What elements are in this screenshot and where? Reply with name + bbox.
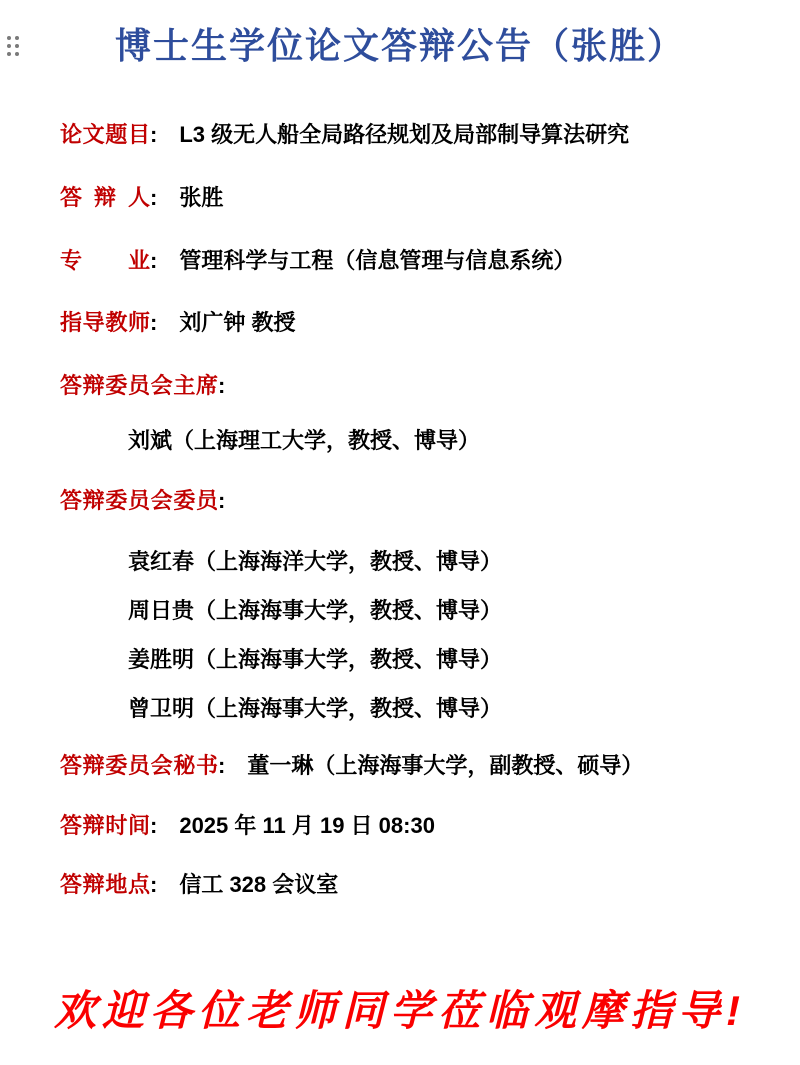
defense-location-value: 信工 328 会议室 — [179, 870, 338, 900]
defender-value: 张胜 — [179, 183, 223, 213]
welcome-banner: 欢迎各位老师同学莅临观摩指导! — [0, 982, 800, 1040]
colon: : — [150, 120, 157, 150]
committee-chair-name: 刘斌（上海理工大学，教授、博导） — [128, 426, 480, 456]
colon: : — [218, 486, 225, 516]
member-value: 姜胜明（上海海事大学，教授、博导） — [128, 647, 502, 672]
colon: : — [150, 811, 157, 841]
committee-member-row: 周日贵（上海海事大学，教授、博导） — [128, 596, 502, 626]
field-row-defender: 答辩人:张胜 — [60, 183, 223, 213]
page-title: 博士生学位论文答辩公告（张胜） — [0, 22, 800, 70]
defense-time-value: 2025 年 11 月 19 日 08:30 — [179, 811, 435, 841]
field-row-advisor: 指导教师:刘广钟 教授 — [60, 308, 295, 338]
field-row-major: 专业:管理科学与工程（信息管理与信息系统） — [60, 246, 575, 276]
thesis-title-label: 论文题目 — [60, 120, 150, 150]
colon: : — [150, 183, 157, 213]
committee-member-row: 曾卫明（上海海事大学，教授、博导） — [128, 694, 502, 724]
advisor-value: 刘广钟 教授 — [179, 308, 295, 338]
committee-member-row: 姜胜明（上海海事大学，教授、博导） — [128, 645, 502, 675]
member-value: 袁红春（上海海洋大学，教授、博导） — [128, 549, 502, 574]
secretary-value: 董一琳（上海海事大学，副教授、硕导） — [247, 751, 643, 781]
colon: : — [150, 246, 157, 276]
colon: : — [150, 308, 157, 338]
member-value: 曾卫明（上海海事大学，教授、博导） — [128, 696, 502, 721]
field-row-defense-time: 答辩时间:2025 年 11 月 19 日 08:30 — [60, 811, 435, 841]
colon: : — [218, 751, 225, 781]
defense-location-label: 答辩地点 — [60, 870, 150, 900]
chair-value: 刘斌（上海理工大学，教授、博导） — [128, 428, 480, 453]
defense-time-label: 答辩时间 — [60, 811, 150, 841]
committee-member-row: 袁红春（上海海洋大学，教授、博导） — [128, 547, 502, 577]
member-value: 周日贵（上海海事大学，教授、博导） — [128, 598, 502, 623]
chair-label: 答辩委员会主席 — [60, 371, 218, 401]
field-row-secretary: 答辩委员会秘书:董一琳（上海海事大学，副教授、硕导） — [60, 751, 643, 781]
colon: : — [150, 870, 157, 900]
major-value: 管理科学与工程（信息管理与信息系统） — [179, 246, 575, 276]
committee-members-heading: 答辩委员会委员: — [60, 486, 225, 516]
committee-chair-heading: 答辩委员会主席: — [60, 371, 225, 401]
colon: : — [218, 371, 225, 401]
thesis-title-value: L3 级无人船全局路径规划及局部制导算法研究 — [179, 120, 629, 150]
field-row-thesis-title: 论文题目:L3 级无人船全局路径规划及局部制导算法研究 — [60, 120, 629, 150]
major-label: 专业 — [60, 246, 150, 276]
document-page: 博士生学位论文答辩公告（张胜） 论文题目:L3 级无人船全局路径规划及局部制导算… — [0, 0, 800, 1065]
secretary-label: 答辩委员会秘书 — [60, 751, 218, 781]
members-label: 答辩委员会委员 — [60, 486, 218, 516]
field-row-defense-location: 答辩地点:信工 328 会议室 — [60, 870, 338, 900]
advisor-label: 指导教师 — [60, 308, 150, 338]
defender-label: 答辩人 — [60, 183, 150, 213]
